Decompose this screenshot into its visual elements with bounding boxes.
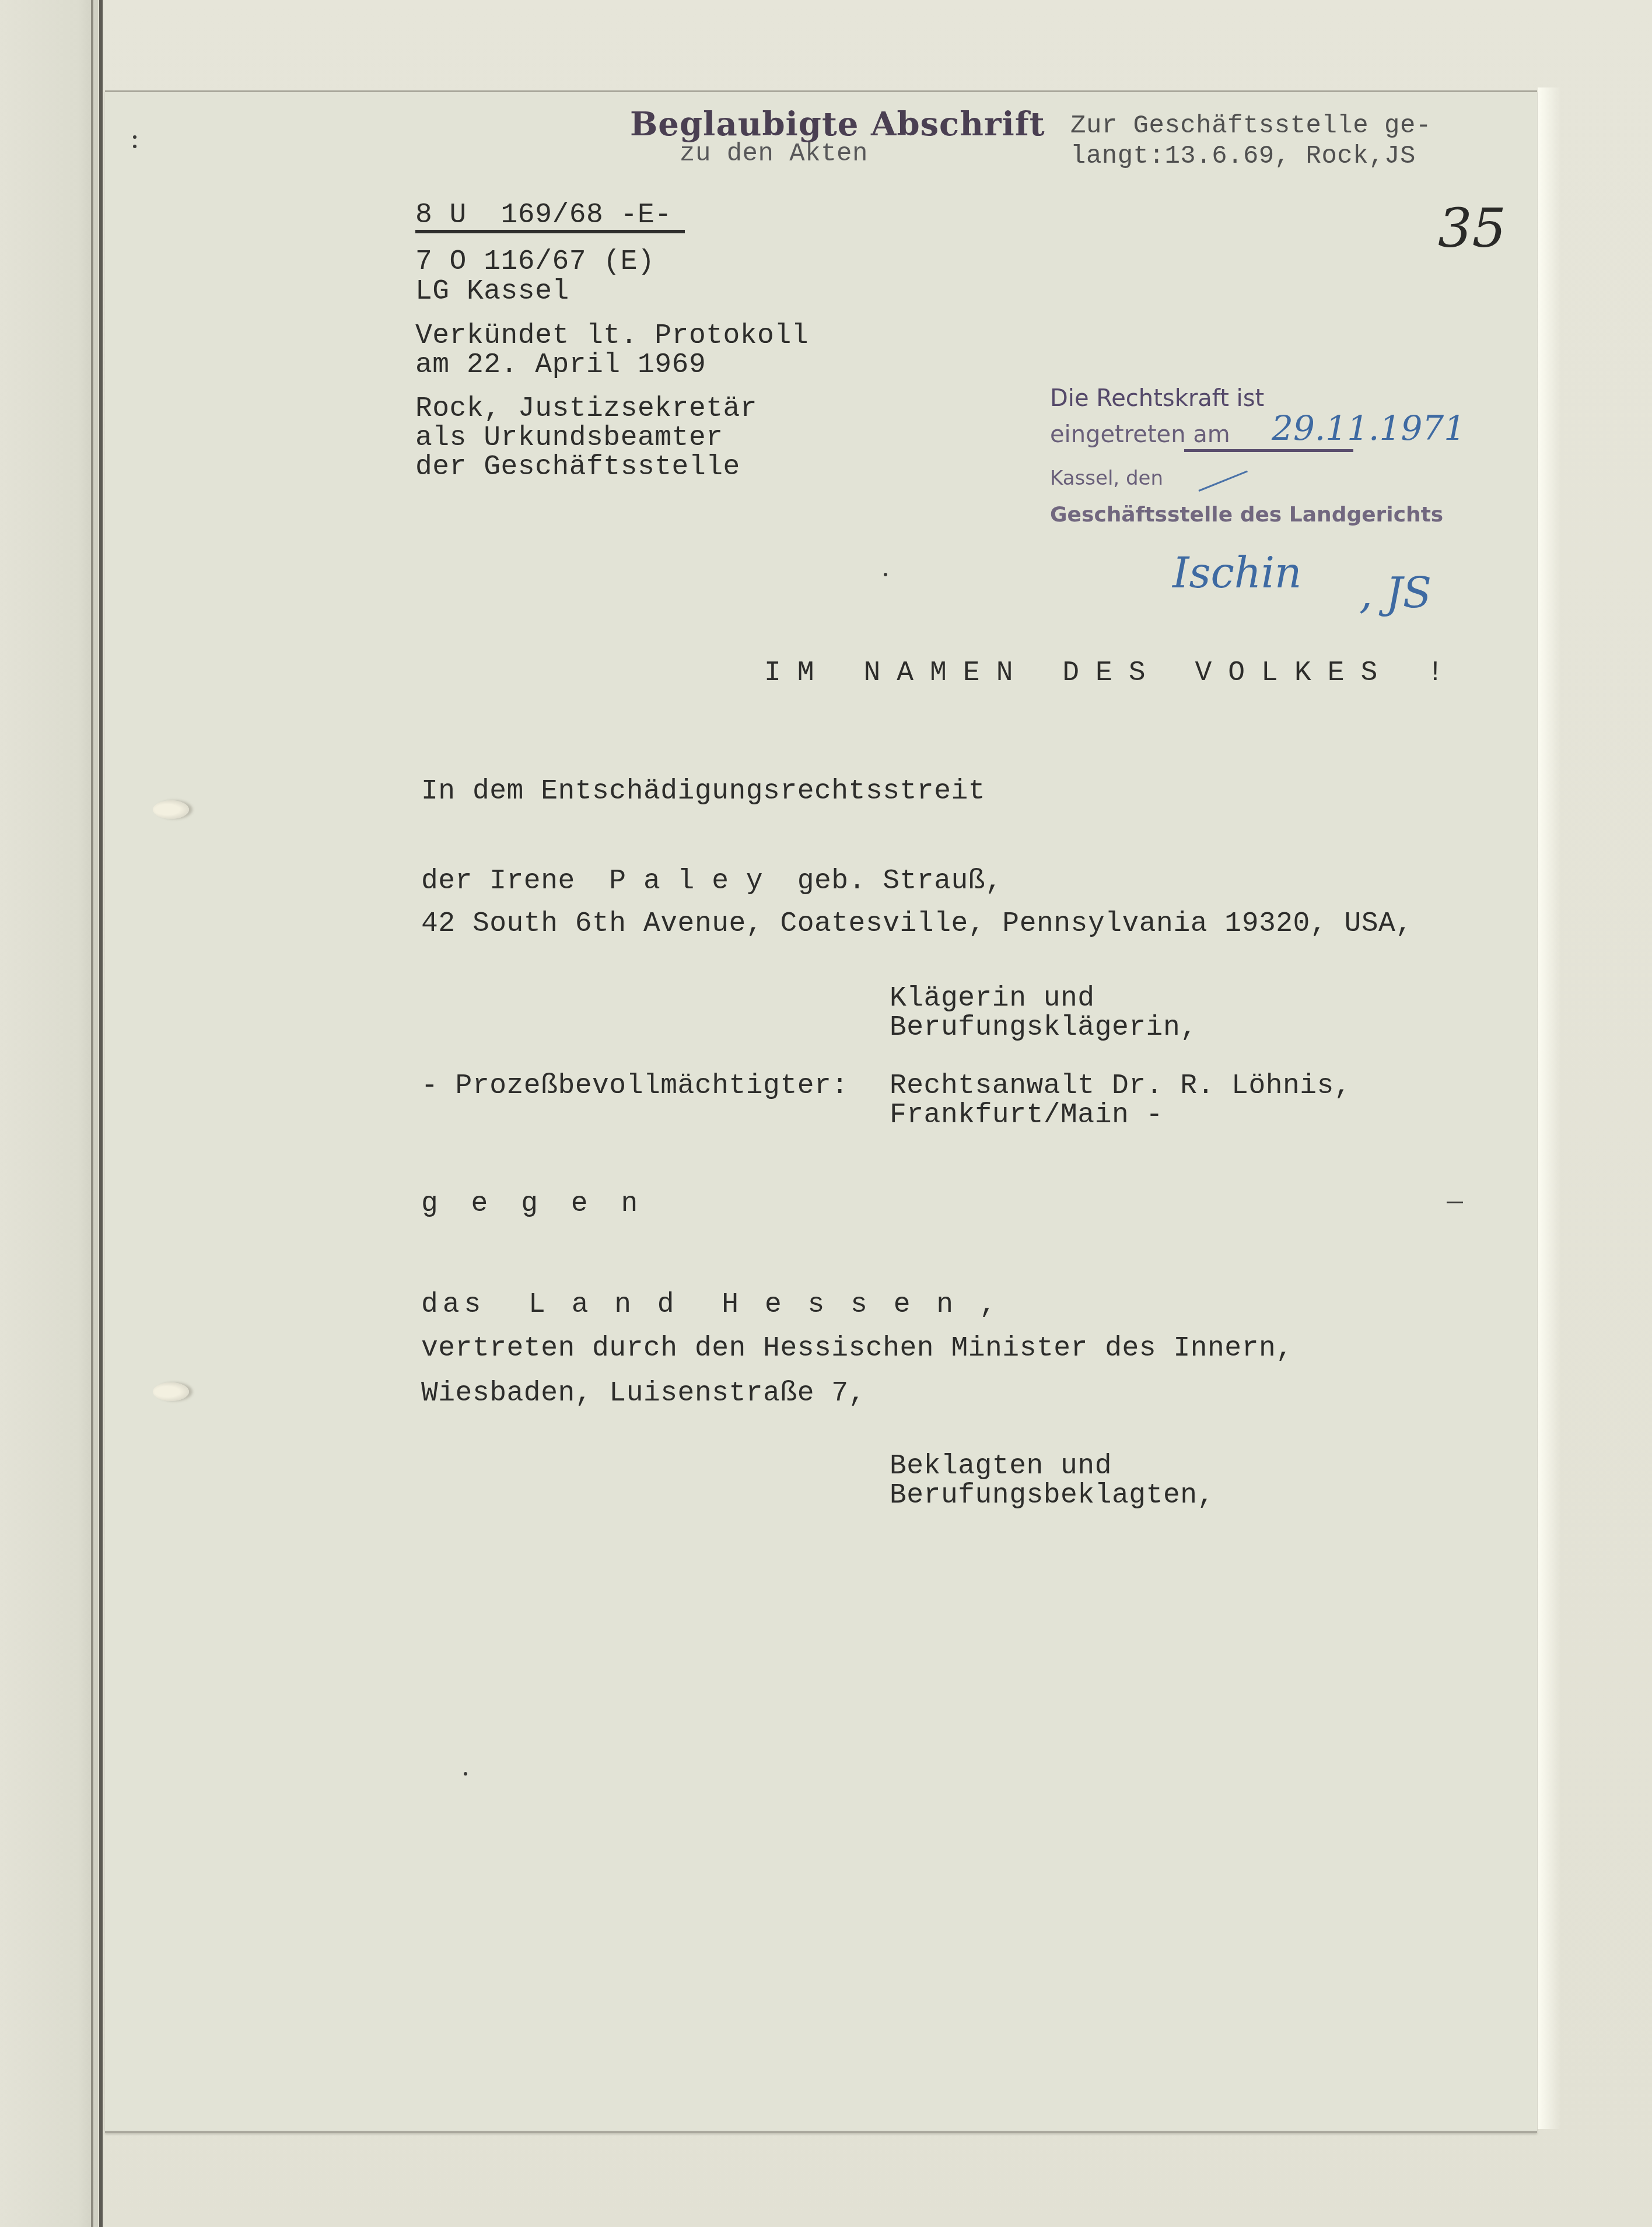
paper-mark [1447, 1202, 1463, 1203]
paper-speck [464, 1772, 467, 1776]
judgment-heading: IM NAMEN DES VOLKES ! [764, 659, 1460, 687]
paper-speck [133, 135, 136, 139]
plaintiff-role-line1: Klägerin und [890, 985, 1095, 1013]
plaintiff-name-line: der Irene P a l e y geb. Strauß, [421, 867, 1002, 895]
plaintiff-address: 42 South 6th Avenue, Coatesville, Pennsy… [421, 910, 1413, 938]
announced-line1: Verkündet lt. Protokoll [415, 322, 808, 350]
defendant-representation: vertreten durch den Hessischen Minister … [421, 1335, 1293, 1363]
punch-hole-upper [153, 800, 189, 819]
finality-line4: Geschäftsstelle des Landgerichts [1050, 503, 1443, 527]
finality-stamp: Die Rechtskraft ist eingetreten am Kasse… [1050, 385, 1056, 451]
finality-line3: Kassel, den [1050, 467, 1163, 490]
plaintiff-surname: P a l e y [609, 866, 763, 897]
plaintiff-maiden-name: geb. Strauß, [797, 866, 1003, 897]
sheet-right-edge [1538, 87, 1561, 2129]
defendant-role-line2: Berufungsbeklagten, [890, 1482, 1214, 1510]
registry-note: Zur Geschäftsstelle ge- langt:13.6.69, R… [1070, 111, 1431, 171]
handwritten-finality-date: 29.11.1971 [1272, 408, 1465, 448]
document-sheet [105, 90, 1537, 2133]
lower-court: LG Kassel [415, 278, 569, 306]
handwritten-signature: Ischin [1172, 548, 1301, 597]
to-files-note: zu den Akten [680, 140, 868, 168]
announced-line2: am 22. April 1969 [415, 351, 706, 379]
paper-speck [884, 573, 887, 576]
defendant-address: Wiesbaden, Luisenstraße 7, [421, 1379, 866, 1407]
finality-date-rule [1184, 449, 1353, 452]
clerk-line3: der Geschäftsstelle [415, 453, 740, 481]
counsel-label: - Prozeßbevollmächtigter: [421, 1072, 849, 1100]
file-number: 8 U 169/68 -E- [415, 201, 672, 229]
registry-note-line1: Zur Geschäftsstelle ge- [1070, 111, 1431, 141]
certified-copy-stamp: Beglaubigte Abschrift [630, 105, 1045, 143]
counsel-line2: Frankfurt/Main - [890, 1101, 1163, 1129]
versus-line: g e g e n [421, 1190, 646, 1218]
file-number-underline [415, 230, 685, 233]
defendant-role-line1: Beklagten und [890, 1452, 1112, 1480]
plaintiff-role-line2: Berufungsklägerin, [890, 1014, 1197, 1042]
finality-line1: Die Rechtskraft ist [1050, 385, 1264, 412]
clerk-line1: Rock, Justizsekretär [415, 395, 757, 423]
defendant-name: das L a n d H e s s e n , [421, 1291, 1001, 1319]
binder-edge [91, 0, 93, 2227]
lower-court-number: 7 O 116/67 (E) [415, 248, 654, 276]
counsel-line1: Rechtsanwalt Dr. R. Löhnis, [890, 1072, 1351, 1100]
finality-line2: eingetreten am [1050, 421, 1230, 448]
paper-speck [133, 145, 136, 148]
handwritten-signature-suffix: , JS [1359, 569, 1431, 618]
background-underlying-page [0, 0, 98, 2227]
folio-number: 35 [1438, 197, 1506, 260]
punch-hole-lower [153, 1382, 189, 1401]
clerk-line2: als Urkundsbeamter [415, 424, 723, 452]
registry-note-line2: langt:13.6.69, Rock,JS [1070, 142, 1416, 171]
intro-line: In dem Entschädigungsrechtsstreit [421, 778, 985, 806]
plaintiff-prefix: der Irene [421, 866, 575, 897]
